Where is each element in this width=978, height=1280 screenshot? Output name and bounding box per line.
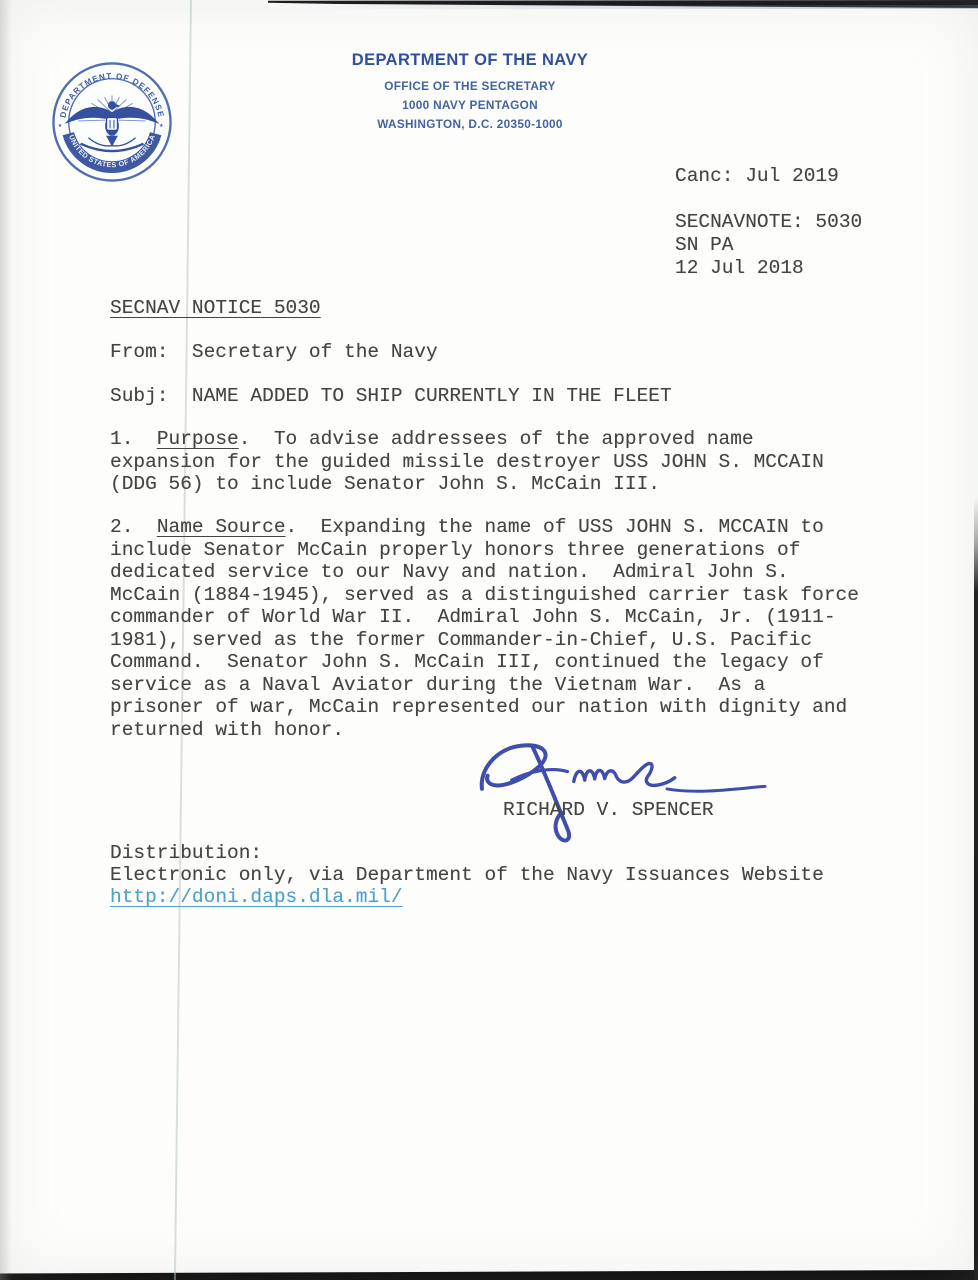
distribution-label: Distribution: [110, 842, 262, 865]
seal-shield [107, 118, 118, 131]
signature-name: RICHARD V. SPENCER [503, 799, 714, 822]
scan-artifact-right-edge [974, 498, 978, 1280]
scan-artifact-top-band-shadow [300, 5, 978, 9]
letterhead-address: 1000 NAVY PENTAGON [250, 96, 690, 115]
scan-artifact-left-edge [0, 0, 12, 1280]
letterhead-city: WASHINGTON, D.C. 20350-1000 [250, 115, 690, 134]
paragraph-1-number: 1. [110, 428, 157, 450]
distribution-text: Electronic only, via Department of the N… [110, 864, 824, 887]
paragraph-1: 1. Purpose. To advise addressees of the … [110, 428, 900, 496]
paragraph-2-number: 2. [110, 516, 157, 538]
notice-title: SECNAV NOTICE 5030 [110, 297, 321, 320]
from-value: Secretary of the Navy [192, 341, 438, 363]
issue-date: 12 Jul 2018 [675, 257, 804, 280]
department-of-defense-seal-icon: DEPARTMENT OF DEFENSE UNITED STATES OF A… [51, 61, 173, 183]
subject-row: Subj:NAME ADDED TO SHIP CURRENTLY IN THE… [110, 385, 672, 408]
notice-number: SECNAVNOTE: 5030 [675, 211, 862, 234]
paragraph-2-heading: Name Source [157, 516, 286, 538]
subject-label: Subj: [110, 385, 169, 407]
scanned-letter-page: DEPARTMENT OF DEFENSE UNITED STATES OF A… [0, 0, 978, 1280]
paragraph-2: 2. Name Source. Expanding the name of US… [110, 516, 900, 741]
paragraph-2-body: . Expanding the name of USS JOHN S. MCCA… [110, 516, 859, 741]
cancellation-date: Canc: Jul 2019 [675, 165, 839, 188]
paragraph-1-heading: Purpose [157, 428, 239, 450]
issuances-website-link[interactable]: http://doni.daps.dla.mil/ [110, 886, 403, 908]
from-row: From:Secretary of the Navy [110, 341, 438, 364]
subject-value: NAME ADDED TO SHIP CURRENTLY IN THE FLEE… [192, 385, 672, 407]
letterhead-title: DEPARTMENT OF THE NAVY [250, 51, 690, 70]
seal-star-right-icon: ★ [159, 122, 163, 130]
distribution-link-row: http://doni.daps.dla.mil/ [110, 886, 403, 909]
letterhead: DEPARTMENT OF THE NAVY OFFICE OF THE SEC… [250, 51, 690, 133]
seal-star-left-icon: ★ [58, 122, 62, 130]
signature-ink-icon [461, 729, 794, 850]
scan-artifact-bottom-band [0, 1270, 978, 1280]
from-label: From: [110, 341, 169, 363]
letterhead-office: OFFICE OF THE SECRETARY [250, 77, 690, 96]
office-code: SN PA [675, 234, 734, 257]
